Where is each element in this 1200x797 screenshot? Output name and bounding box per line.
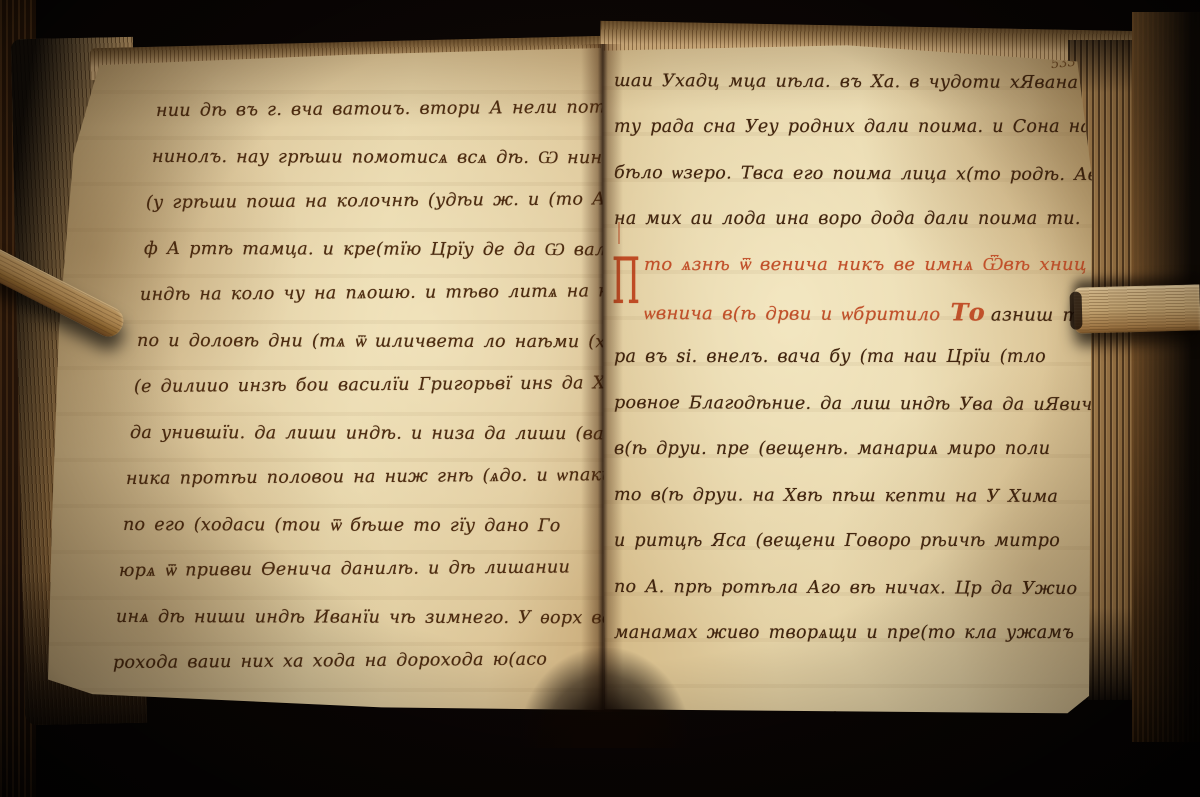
rubric-line: ѡвнича в(ѣ дрви и ѡбритилоТоазниш тѣла [644, 288, 1119, 336]
rubric-inline-initial: То [950, 297, 985, 326]
manuscript-line: ровное Благодѣние. да лиш индѣ Ува да иЯ… [614, 380, 1119, 428]
rubric-initial-letter: П [612, 234, 627, 330]
manuscript-line: ту рада сна Уеу родних дали поима. и Сон… [614, 104, 1119, 150]
page-number-flourish: — [840, 708, 859, 730]
manuscript-line: то в(ѣ друи. на Хвѣ пѣш кепти на У Хима [614, 472, 1119, 520]
rubric-block: П то ѧзнѣ ѿ венича никъ ве имнѧ Ѿвѣ хниц… [614, 242, 1119, 334]
manuscript-line: манамах живо творѧщи и пре(то кла ужамъ [614, 610, 1119, 656]
manuscript-line: бѣло ѡзеро. Твса его поима лица х(то род… [614, 150, 1119, 198]
right-clasp-stick [1073, 284, 1200, 333]
page-number-value: 564 [798, 708, 840, 730]
manuscript-photo: нии дѣ въ г. вча ватоиъ. втори А нели по… [0, 0, 1200, 797]
right-page-text: шаи Ухадц мца иѣла. въ Ха. в чудоти хЯва… [614, 58, 1119, 656]
left-page: нии дѣ въ г. вча ватоиъ. втори А нели по… [48, 48, 604, 710]
manuscript-line: на мих аи лода ина воро дода дали поима … [614, 196, 1119, 242]
manuscript-line: в(ѣ друи. пре (вещенѣ. манариѧ миро поли [614, 426, 1119, 472]
right-page: 533 шаи Ухадц мца иѣла. въ Ха. в чудоти … [602, 44, 1092, 716]
page-number: 564— [798, 708, 859, 730]
rubric-line: то ѧзнѣ ѿ венича никъ ве имнѧ Ѿвѣ хниц [644, 242, 1119, 288]
right-wooden-board [1132, 12, 1200, 742]
manuscript-line: и ритцѣ Яса (вещени Говоро рѣичѣ митро [614, 518, 1119, 564]
rubric-line2-red-text: ѡвнича в(ѣ дрви и ѡбритило [644, 303, 941, 325]
manuscript-line: шаи Ухадц мца иѣла. въ Ха. в чудоти хЯва… [614, 58, 1119, 106]
manuscript-line: ра въ ѕі. внелъ. вача бу (та наи Црїи (т… [614, 334, 1119, 380]
manuscript-line: по А. прѣ ротѣла Аго вѣ ничах. Цр да Ужи… [614, 564, 1119, 612]
